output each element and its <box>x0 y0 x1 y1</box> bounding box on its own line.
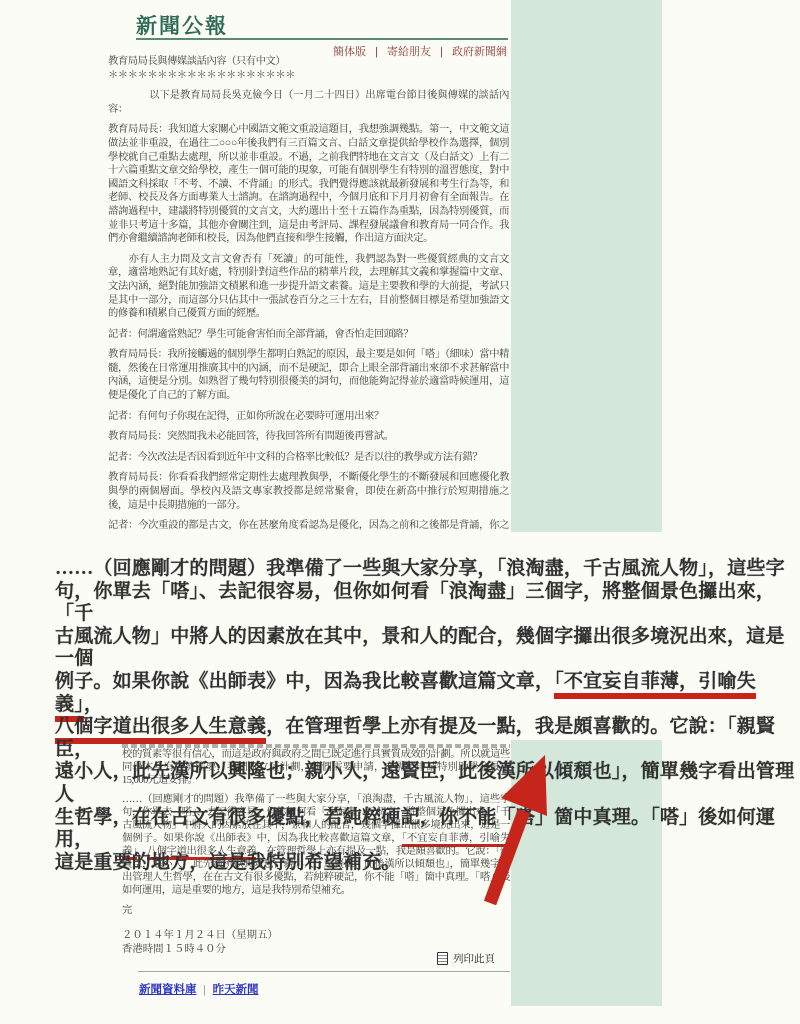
site-title: 新聞公報 <box>136 10 228 40</box>
links-separator: | <box>203 984 205 996</box>
article-paragraph: 以下是教育局局長吳克儉今日（一月二十四日）出席電台節目後與傳媒的談話內容： <box>108 89 509 116</box>
article-paragraph: 教育局局長：我知道大家關心中國語文範文重設這題目，我想強調幾點。第一，中文範文這… <box>108 123 509 245</box>
print-label: 列印此頁 <box>453 951 495 966</box>
print-button[interactable]: 列印此頁 <box>437 951 495 966</box>
footer-links: 新聞資料庫 | 昨天新聞 <box>139 981 259 997</box>
article-body: 教育局局長與傳媒談話內容（只有中文） ＊＊＊＊＊＊＊＊＊＊＊＊＊＊＊＊＊＊＊ 以… <box>108 55 509 534</box>
title-rule <box>136 38 508 40</box>
article-paragraph: 記者：有何句子你現在記得，正如你所說在必要時可運用出來？ <box>108 410 509 424</box>
header-nav: 簡体版 | 寄給朋友 | 政府新聞網 <box>136 43 507 59</box>
link-news-archive[interactable]: 新聞資料庫 <box>139 984 197 996</box>
article-title-stars: ＊＊＊＊＊＊＊＊＊＊＊＊＊＊＊＊＊＊＊ <box>108 69 509 83</box>
article-paragraph: 教育局局長：我所接觸過的個別學生都明白熟記的原因，最主要是如何「嗒」（細味）當中… <box>108 348 509 402</box>
article-paragraph: 記者：今次改法是否因看到近年中文科的合格率比較低？是否以往的教學或方法有錯？ <box>108 451 509 465</box>
nav-link-gov-news[interactable]: 政府新聞網 <box>452 46 507 58</box>
date-line: ２０１４年１月２４日（星期五） <box>122 929 510 942</box>
article-paragraph: 亦有人主力問及文言文會否有「死讀」的可能性，我們認為對一些優質經典的文言文章，適… <box>108 253 509 321</box>
nav-separator: | <box>375 46 378 58</box>
nav-link-simplified[interactable]: 簡体版 <box>333 46 366 58</box>
nav-link-send-to-friend[interactable]: 寄給朋友 <box>387 46 431 58</box>
nav-separator: | <box>440 46 443 58</box>
end-mark: 完 <box>122 904 510 917</box>
print-icon <box>437 952 448 965</box>
magnified-excerpt-text: ……（回應剛才的問題）我準備了一些與大家分享，「浪淘盡，千古風流人物」，這些字 … <box>55 558 800 874</box>
footer-rule <box>138 971 510 972</box>
article-paragraph: 教育局局長：你看看我們經常定期性去處理教與學，不斷優化學生的不斷發展和回應優化教… <box>108 471 509 512</box>
link-yesterday-news[interactable]: 昨天新聞 <box>213 984 259 996</box>
article-paragraph: 教育局局長：突然間我未必能回答，待我回答所有問題後再嘗試。 <box>108 430 509 444</box>
text-segment: ， <box>84 694 103 715</box>
article-paragraph: 記者：何謂適當熟記？學生可能會害怕而全部背誦，會否怕走回頭路？ <box>108 328 509 342</box>
